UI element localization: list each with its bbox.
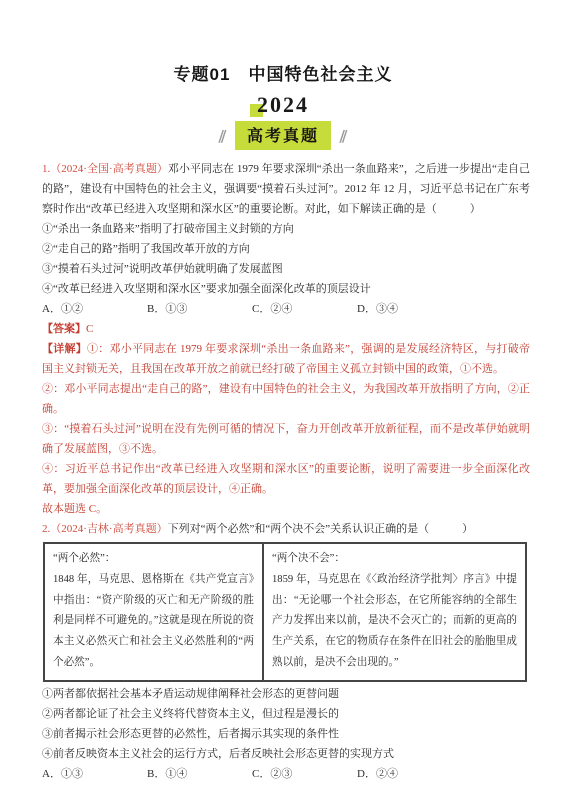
exam-document-page: 专题01 中国特色社会主义 2024 ∥ 高考真题 ∥ 1.（2024·全国·高… — [0, 0, 566, 800]
q2-stem-text: 下列对“两个必然”和“两个决不会”关系认识正确的是（ ） — [168, 523, 474, 535]
q2-option-2: ②两者都论证了社会主义终将代替资本主义，但过程是漫长的 — [42, 704, 530, 724]
q1-choice-b: B．①③ — [147, 299, 252, 319]
q2-choice-d: D．②④ — [357, 764, 398, 784]
q1-option-1: ①“杀出一条血路来”指明了打破帝国主义封锁的方向 — [42, 219, 530, 239]
q2-right-title: “两个决不会”： — [272, 549, 517, 570]
q1-choice-a: A．①② — [42, 299, 147, 319]
page-title: 专题01 中国特色社会主义 — [0, 60, 566, 85]
exam-banner: 高考真题 — [235, 121, 331, 150]
q1-answer-value: C — [86, 323, 93, 335]
q1-answer-line: 【答案】C — [42, 319, 530, 339]
q1-answer-label: 【答案】 — [42, 323, 86, 335]
q2-stem: 2.（2024·吉林·高考真题）下列对“两个必然”和“两个决不会”关系认识正确的… — [42, 519, 530, 539]
q1-choices-row: A．①② B．①③ C．②④ D．③④ — [42, 299, 530, 319]
q1-analysis-conclusion: 故本题选 C。 — [42, 499, 530, 519]
q2-choice-c: C．②③ — [252, 764, 357, 784]
q1-option-2: ②“走自己的路”指明了我国改革开放的方向 — [42, 239, 530, 259]
q2-option-4: ④前者反映资本主义社会的运行方式，后者反映社会形态更替的实现方式 — [42, 744, 530, 764]
q2-choice-a: A．①③ — [42, 764, 147, 784]
q1-analysis-1: 【详解】①：邓小平同志在 1979 年要求深圳“杀出一条血路来”，强调的是发展经… — [42, 339, 530, 379]
q2-comparison-table: “两个必然”： 1848 年，马克思、恩格斯在《共产党宣言》中指出：“资产阶级的… — [43, 542, 527, 682]
q1-analysis-label: 【详解】 — [42, 343, 87, 355]
q1-analysis-4: ④：习近平总书记作出“改革已经进入攻坚期和深水区”的重要论断，说明了需要进一步全… — [42, 459, 530, 499]
q2-right-body: 1859 年，马克思在《〈政治经济学批判〉序言》中提出：“无论哪一个社会形态，在… — [272, 570, 517, 674]
q1-choice-d: D．③④ — [357, 299, 398, 319]
q1-option-4: ④“改革已经进入攻坚期和深水区”要求加强全面深化改革的顶层设计 — [42, 279, 530, 299]
q2-choices-row: A．①③ B．①④ C．②③ D．②④ — [42, 764, 530, 784]
q2-table-cell-left: “两个必然”： 1848 年，马克思、恩格斯在《共产党宣言》中指出：“资产阶级的… — [44, 543, 263, 681]
decor-slashes-right: ∥ — [337, 128, 349, 144]
document-body: 1.（2024·全国·高考真题）邓小平同志在 1979 年要求深圳“杀出一条血路… — [42, 159, 530, 784]
q2-option-3: ③前者揭示社会形态更替的必然性，后者揭示其实现的条件性 — [42, 724, 530, 744]
q1-analysis-2: ②：邓小平同志提出“走自己的路”，建设有中国特色的社会主义，为我国改革开放指明了… — [42, 379, 530, 419]
q2-table-cell-right: “两个决不会”： 1859 年，马克思在《〈政治经济学批判〉序言》中提出：“无论… — [263, 543, 526, 681]
q2-left-body: 1848 年，马克思、恩格斯在《共产党宣言》中指出：“资产阶级的灭亡和无产阶级的… — [53, 570, 254, 674]
q1-analysis-3: ③：“摸着石头过河”说明在没有先例可循的情况下，奋力开创改革开放新征程，而不是改… — [42, 419, 530, 459]
q1-option-3: ③“摸着石头过河”说明改革伊始就明确了发展蓝图 — [42, 259, 530, 279]
q2-source-tag: 2.（2024·吉林·高考真题） — [42, 523, 168, 535]
q1-source-tag: 1.（2024·全国·高考真题） — [42, 163, 168, 175]
year-label: 2024 — [257, 92, 309, 117]
banner-row: ∥ 高考真题 ∥ — [0, 121, 566, 150]
q2-left-title: “两个必然”： — [53, 549, 254, 570]
q2-option-1: ①两者都依据社会基本矛盾运动规律阐释社会形态的更替问题 — [42, 684, 530, 704]
decor-slashes-left: ∥ — [217, 128, 229, 144]
q2-choice-b: B．①④ — [147, 764, 252, 784]
year-row: 2024 — [0, 92, 566, 118]
q1-stem: 1.（2024·全国·高考真题）邓小平同志在 1979 年要求深圳“杀出一条血路… — [42, 159, 530, 219]
q1-choice-c: C．②④ — [252, 299, 357, 319]
